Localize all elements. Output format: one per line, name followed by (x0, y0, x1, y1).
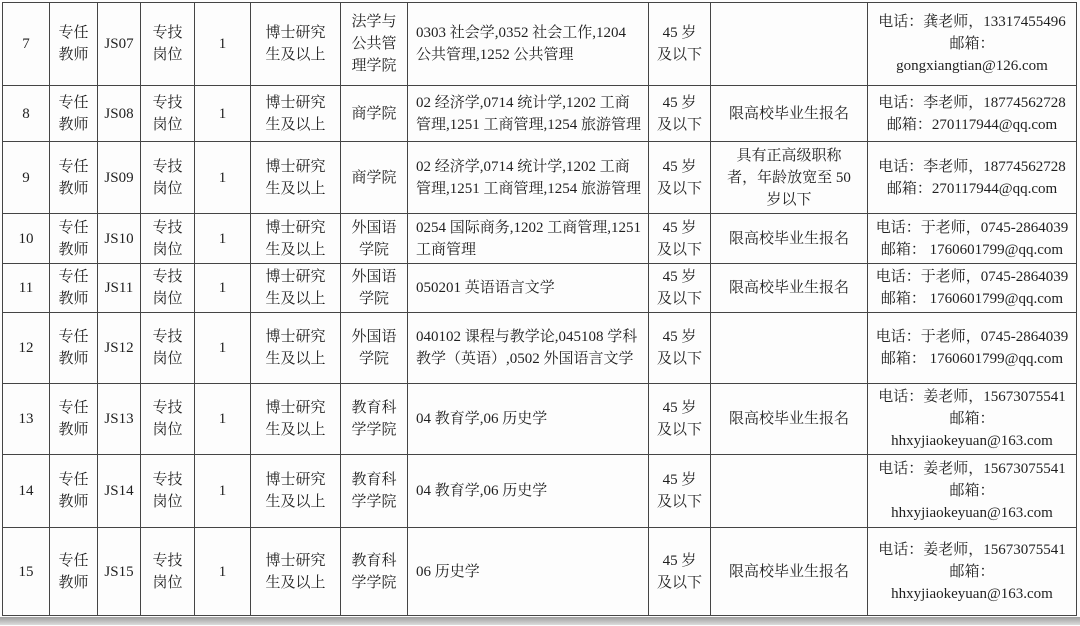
cell-headcount: 1 (195, 142, 251, 214)
cell-education-req: 博士研究 生及以上 (251, 264, 341, 313)
cell-post-code: JS14 (98, 455, 141, 528)
cell-post-category: 专技 岗位 (141, 214, 195, 264)
cell-post-code: JS08 (98, 86, 141, 142)
cell-other-req (711, 313, 868, 384)
cell-major-req: 050201 英语语言文学 (408, 264, 649, 313)
cell-age-req: 45 岁 及以下 (649, 528, 711, 616)
cell-headcount: 1 (195, 455, 251, 528)
cell-position-type: 专任 教师 (50, 384, 98, 455)
bottom-cutoff-strip (0, 617, 1080, 625)
cell-other-req: 限高校毕业生报名 (711, 86, 868, 142)
table-row: 7 专任 教师 JS07 专技 岗位 1 博士研究 生及以上 法学与 公共管 理… (3, 3, 1077, 86)
cell-contact-info: 电话：于老师，0745-2864039 邮箱： 1760601799@qq.co… (868, 264, 1077, 313)
cell-contact-info: 电话：龚老师，13317455496 邮箱： gongxiangtian@126… (868, 3, 1077, 86)
cell-major-req: 0254 国际商务,1202 工商管理,1251 工商管理 (408, 214, 649, 264)
cell-row-number: 9 (3, 142, 50, 214)
cell-headcount: 1 (195, 313, 251, 384)
cell-contact-info: 电话：姜老师，15673075541 邮箱： hhxyjiaokeyuan@16… (868, 528, 1077, 616)
cell-post-code: JS10 (98, 214, 141, 264)
cell-position-type: 专任 教师 (50, 455, 98, 528)
cell-major-req: 02 经济学,0714 统计学,1202 工商管理,1251 工商管理,1254… (408, 142, 649, 214)
cell-age-req: 45 岁 及以下 (649, 3, 711, 86)
cell-education-req: 博士研究 生及以上 (251, 3, 341, 86)
table-row: 14 专任 教师 JS14 专技 岗位 1 博士研究 生及以上 教育科 学学院 … (3, 455, 1077, 528)
cell-post-category: 专技 岗位 (141, 528, 195, 616)
table-row: 15 专任 教师 JS15 专技 岗位 1 博士研究 生及以上 教育科 学学院 … (3, 528, 1077, 616)
cell-post-code: JS13 (98, 384, 141, 455)
cell-contact-info: 电话：李老师，18774562728 邮箱：270117944@qq.com (868, 86, 1077, 142)
cell-row-number: 10 (3, 214, 50, 264)
table-row: 8 专任 教师 JS08 专技 岗位 1 博士研究 生及以上 商学院 02 经济… (3, 86, 1077, 142)
cell-post-code: JS11 (98, 264, 141, 313)
cell-college: 法学与 公共管 理学院 (341, 3, 408, 86)
cell-post-category: 专技 岗位 (141, 142, 195, 214)
cell-row-number: 11 (3, 264, 50, 313)
cell-post-category: 专技 岗位 (141, 313, 195, 384)
cell-row-number: 13 (3, 384, 50, 455)
recruitment-table: 7 专任 教师 JS07 专技 岗位 1 博士研究 生及以上 法学与 公共管 理… (2, 2, 1077, 616)
job-table-body: 7 专任 教师 JS07 专技 岗位 1 博士研究 生及以上 法学与 公共管 理… (3, 3, 1077, 616)
cell-college: 外国语 学院 (341, 313, 408, 384)
cell-post-category: 专技 岗位 (141, 264, 195, 313)
cell-education-req: 博士研究 生及以上 (251, 142, 341, 214)
cell-row-number: 15 (3, 528, 50, 616)
cell-contact-info: 电话：姜老师，15673075541 邮箱： hhxyjiaokeyuan@16… (868, 384, 1077, 455)
cell-row-number: 14 (3, 455, 50, 528)
cell-headcount: 1 (195, 384, 251, 455)
cell-age-req: 45 岁 及以下 (649, 86, 711, 142)
cell-major-req: 06 历史学 (408, 528, 649, 616)
cell-headcount: 1 (195, 264, 251, 313)
cell-row-number: 8 (3, 86, 50, 142)
cell-other-req (711, 455, 868, 528)
cell-post-code: JS09 (98, 142, 141, 214)
cell-education-req: 博士研究 生及以上 (251, 455, 341, 528)
cell-headcount: 1 (195, 86, 251, 142)
table-row: 11 专任 教师 JS11 专技 岗位 1 博士研究 生及以上 外国语 学院 0… (3, 264, 1077, 313)
table-row: 9 专任 教师 JS09 专技 岗位 1 博士研究 生及以上 商学院 02 经济… (3, 142, 1077, 214)
cell-post-code: JS07 (98, 3, 141, 86)
cell-position-type: 专任 教师 (50, 264, 98, 313)
cell-position-type: 专任 教师 (50, 214, 98, 264)
cell-education-req: 博士研究 生及以上 (251, 313, 341, 384)
cell-age-req: 45 岁 及以下 (649, 214, 711, 264)
cell-post-category: 专技 岗位 (141, 3, 195, 86)
cell-headcount: 1 (195, 3, 251, 86)
cell-headcount: 1 (195, 214, 251, 264)
cell-contact-info: 电话：李老师，18774562728 邮箱：270117944@qq.com (868, 142, 1077, 214)
cell-other-req: 限高校毕业生报名 (711, 528, 868, 616)
cell-college: 外国语 学院 (341, 264, 408, 313)
cell-age-req: 45 岁 及以下 (649, 264, 711, 313)
cell-other-req: 限高校毕业生报名 (711, 214, 868, 264)
cell-major-req: 02 经济学,0714 统计学,1202 工商管理,1251 工商管理,1254… (408, 86, 649, 142)
cell-position-type: 专任 教师 (50, 528, 98, 616)
cell-college: 教育科 学学院 (341, 528, 408, 616)
cell-education-req: 博士研究 生及以上 (251, 86, 341, 142)
cell-education-req: 博士研究 生及以上 (251, 384, 341, 455)
cell-college: 教育科 学学院 (341, 455, 408, 528)
cell-major-req: 0303 社会学,0352 社会工作,1204 公共管理,1252 公共管理 (408, 3, 649, 86)
cell-major-req: 04 教育学,06 历史学 (408, 384, 649, 455)
cell-headcount: 1 (195, 528, 251, 616)
cell-college: 教育科 学学院 (341, 384, 408, 455)
cell-post-category: 专技 岗位 (141, 86, 195, 142)
cell-age-req: 45 岁 及以下 (649, 384, 711, 455)
cell-position-type: 专任 教师 (50, 86, 98, 142)
cell-college: 外国语 学院 (341, 214, 408, 264)
cell-major-req: 040102 课程与教学论,045108 学科教学（英语）,0502 外国语言文… (408, 313, 649, 384)
cell-position-type: 专任 教师 (50, 313, 98, 384)
cell-row-number: 7 (3, 3, 50, 86)
cell-other-req: 具有正高级职称 者，年龄放宽至 50 岁以下 (711, 142, 868, 214)
cell-position-type: 专任 教师 (50, 142, 98, 214)
cell-other-req (711, 3, 868, 86)
cell-contact-info: 电话：于老师，0745-2864039 邮箱： 1760601799@qq.co… (868, 313, 1077, 384)
cell-college: 商学院 (341, 142, 408, 214)
table-row: 13 专任 教师 JS13 专技 岗位 1 博士研究 生及以上 教育科 学学院 … (3, 384, 1077, 455)
cell-education-req: 博士研究 生及以上 (251, 214, 341, 264)
table-row: 12 专任 教师 JS12 专技 岗位 1 博士研究 生及以上 外国语 学院 0… (3, 313, 1077, 384)
cell-major-req: 04 教育学,06 历史学 (408, 455, 649, 528)
cell-contact-info: 电话：姜老师，15673075541 邮箱： hhxyjiaokeyuan@16… (868, 455, 1077, 528)
cell-row-number: 12 (3, 313, 50, 384)
cell-age-req: 45 岁 及以下 (649, 455, 711, 528)
cell-other-req: 限高校毕业生报名 (711, 264, 868, 313)
table-row: 10 专任 教师 JS10 专技 岗位 1 博士研究 生及以上 外国语 学院 0… (3, 214, 1077, 264)
cell-age-req: 45 岁 及以下 (649, 313, 711, 384)
cell-post-code: JS12 (98, 313, 141, 384)
cell-post-category: 专技 岗位 (141, 384, 195, 455)
cell-age-req: 45 岁 及以下 (649, 142, 711, 214)
cell-contact-info: 电话：于老师，0745-2864039 邮箱： 1760601799@qq.co… (868, 214, 1077, 264)
cell-post-code: JS15 (98, 528, 141, 616)
cell-position-type: 专任 教师 (50, 3, 98, 86)
cell-post-category: 专技 岗位 (141, 455, 195, 528)
recruitment-table-wrap: 7 专任 教师 JS07 专技 岗位 1 博士研究 生及以上 法学与 公共管 理… (0, 0, 1080, 616)
cell-college: 商学院 (341, 86, 408, 142)
cell-education-req: 博士研究 生及以上 (251, 528, 341, 616)
cell-other-req: 限高校毕业生报名 (711, 384, 868, 455)
